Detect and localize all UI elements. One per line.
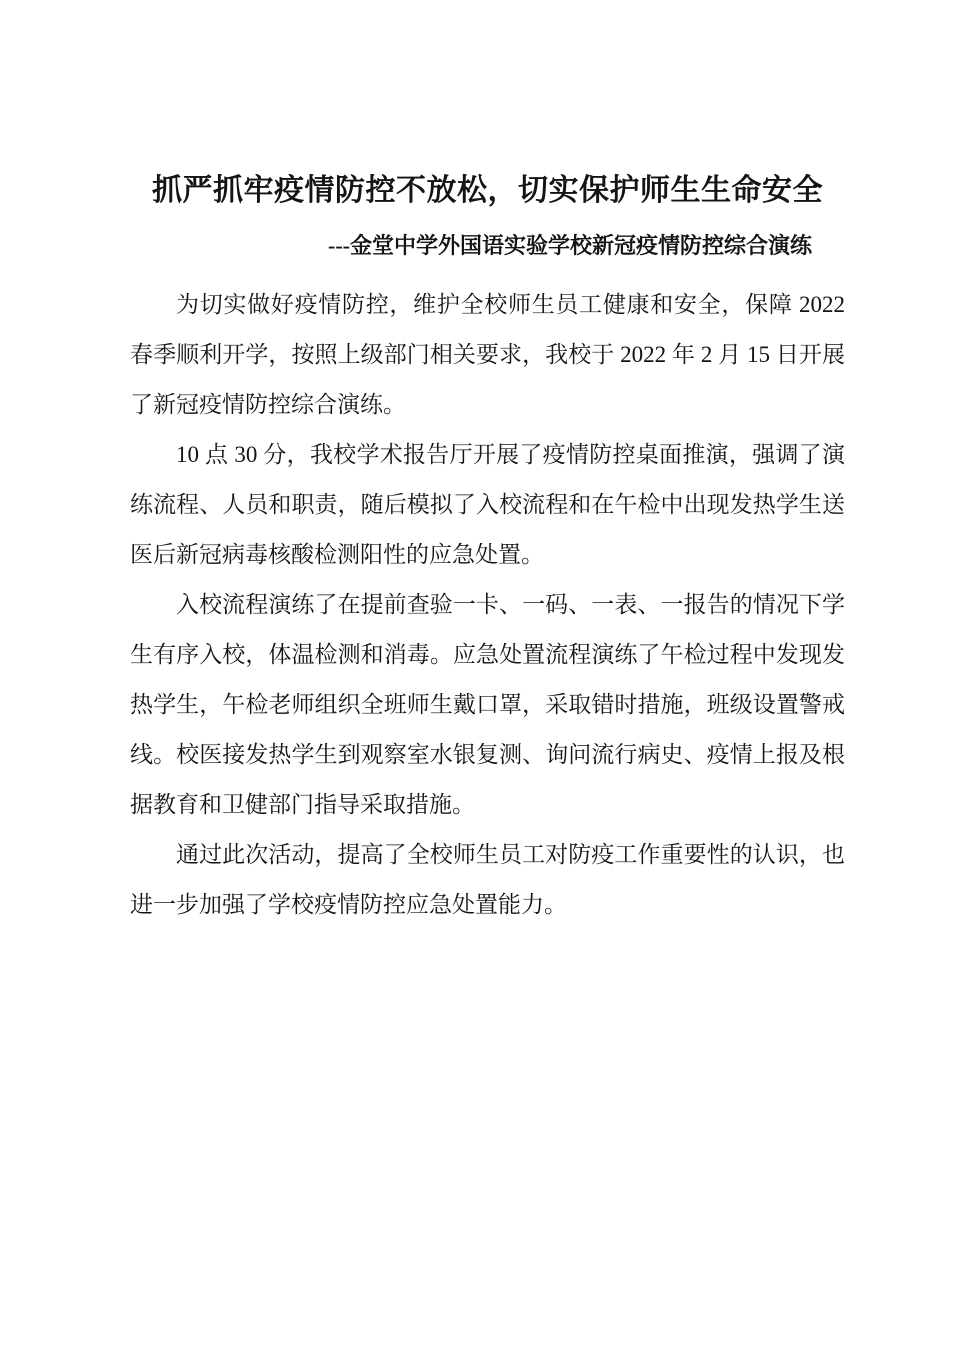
paragraph: 为切实做好疫情防控，维护全校师生员工健康和安全，保障 2022 春季顺利开学，按…	[130, 280, 845, 430]
paragraph: 10 点 30 分，我校学术报告厅开展了疫情防控桌面推演，强调了演练流程、人员和…	[130, 430, 845, 580]
document-title: 抓严抓牢疫情防控不放松，切实保护师生生命安全	[130, 170, 845, 212]
document-content: 抓严抓牢疫情防控不放松，切实保护师生生命安全 ---金堂中学外国语实验学校新冠疫…	[0, 0, 960, 930]
document-body: 为切实做好疫情防控，维护全校师生员工健康和安全，保障 2022 春季顺利开学，按…	[130, 280, 845, 930]
document-subtitle: ---金堂中学外国语实验学校新冠疫情防控综合演练	[130, 232, 845, 260]
document-page: 抓严抓牢疫情防控不放松，切实保护师生生命安全 ---金堂中学外国语实验学校新冠疫…	[0, 0, 960, 1357]
paragraph: 入校流程演练了在提前查验一卡、一码、一表、一报告的情况下学生有序入校，体温检测和…	[130, 580, 845, 830]
paragraph: 通过此次活动，提高了全校师生员工对防疫工作重要性的认识，也进一步加强了学校疫情防…	[130, 830, 845, 930]
